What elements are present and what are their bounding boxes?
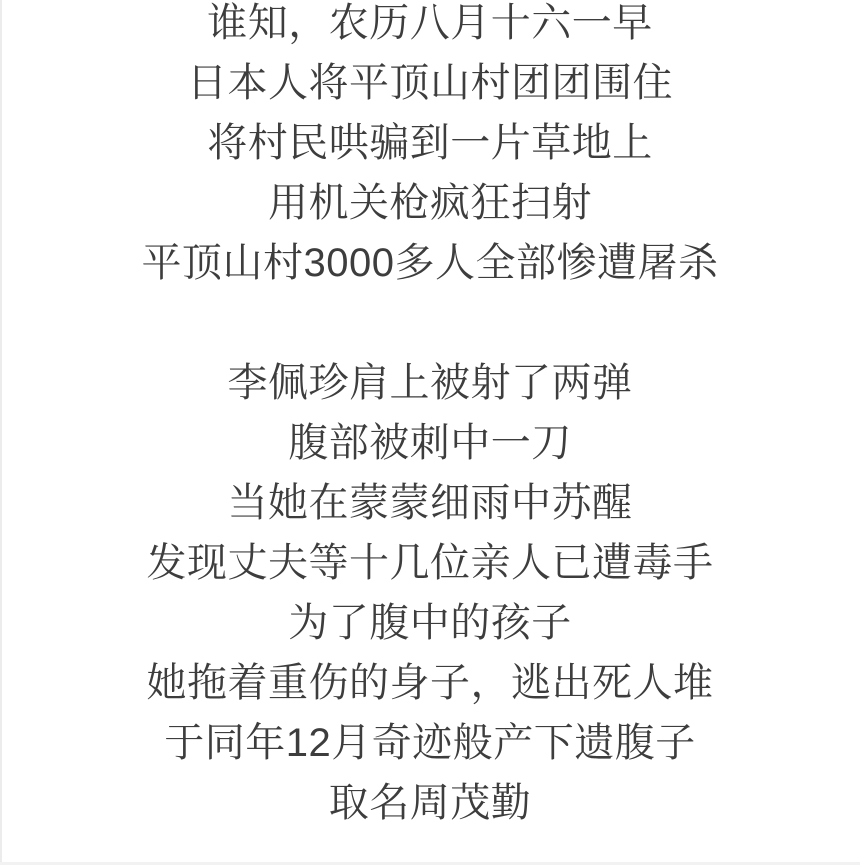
text-line: 李佩珍肩上被射了两弹 (0, 353, 860, 413)
text-line: 谁知，农历八月十六一早 (0, 0, 860, 53)
page-left-edge-line (0, 0, 2, 865)
blank-line (0, 293, 860, 353)
text-line: 平顶山村3000多人全部惨遭屠杀 (0, 233, 860, 293)
text-line: 于同年12月奇迹般产下遗腹子 (0, 713, 860, 773)
text-line: 当她在蒙蒙细雨中苏醒 (0, 473, 860, 533)
text-line: 腹部被刺中一刀 (0, 413, 860, 473)
article-text-block: 谁知，农历八月十六一早日本人将平顶山村团团围住将村民哄骗到一片草地上用机关枪疯狂… (0, 0, 860, 833)
text-line: 发现丈夫等十几位亲人已遭毒手 (0, 533, 860, 593)
text-line: 用机关枪疯狂扫射 (0, 173, 860, 233)
text-line: 日本人将平顶山村团团围住 (0, 53, 860, 113)
text-line: 她拖着重伤的身子，逃出死人堆 (0, 653, 860, 713)
text-line: 将村民哄骗到一片草地上 (0, 113, 860, 173)
article-page: 谁知，农历八月十六一早日本人将平顶山村团团围住将村民哄骗到一片草地上用机关枪疯狂… (0, 0, 860, 865)
text-line: 取名周茂勤 (0, 773, 860, 833)
text-line: 为了腹中的孩子 (0, 593, 860, 653)
